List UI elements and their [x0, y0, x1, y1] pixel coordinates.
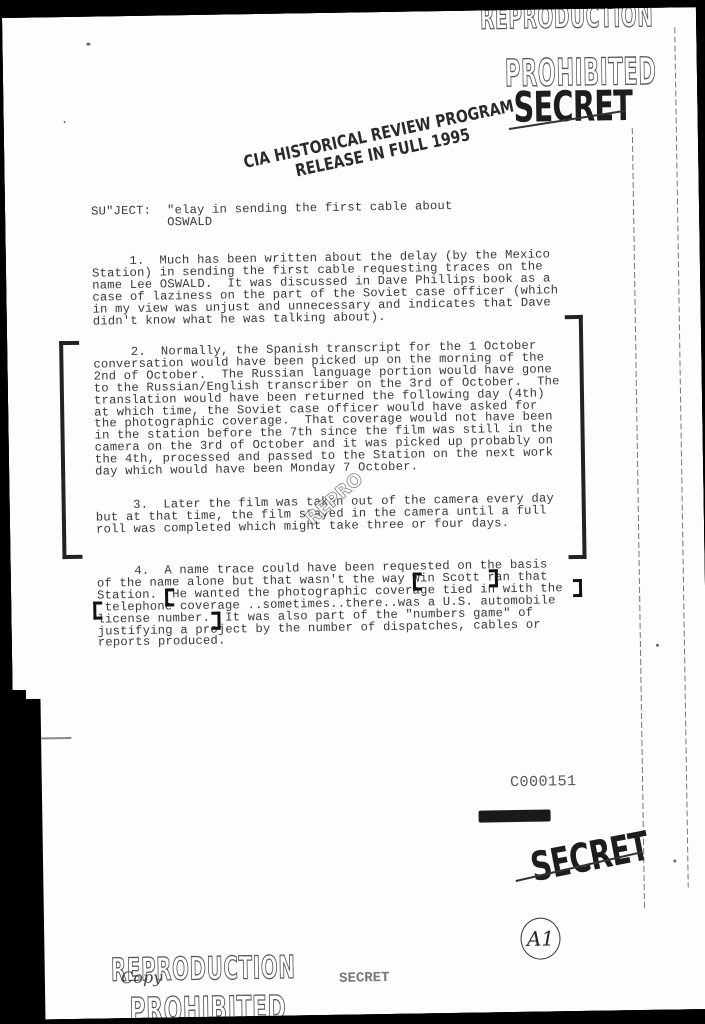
left-bracket-mark [59, 341, 82, 559]
paragraph-1: 1. Much has been written about the delay… [92, 249, 559, 328]
subject-line-2: OSWALD [167, 217, 212, 230]
scan-speck [64, 121, 66, 123]
margin-line-outer [674, 27, 689, 887]
right-bracket-mark [565, 315, 587, 559]
document-number: C000151 [510, 773, 577, 791]
left-margin-tick [37, 737, 71, 739]
scan-speck [656, 644, 659, 647]
scan-speck [673, 860, 676, 863]
redaction-bar [479, 809, 551, 822]
bracket-close-win-scott [489, 569, 498, 587]
scanned-document-viewer: REPRODUCTION PROHIBITED SECRET CIA HISTO… [0, 0, 705, 1024]
bracket-open-telephone [93, 601, 102, 619]
secret-stamp-small: SECRET [339, 970, 390, 987]
bracket-open-win-scott [413, 572, 422, 590]
secret-stamp-bottom: SECRET [527, 823, 652, 891]
bracket-close-the [573, 579, 582, 597]
subject-label: SU"JECT: [91, 206, 151, 219]
handwritten-copy-note: Copy [121, 968, 162, 988]
scan-edge-shadow [0, 690, 26, 1024]
reproduction-stamp-top: REPRODUCTION [480, 0, 654, 37]
bracket-close-license [211, 612, 220, 630]
cia-release-stamp: CIA HISTORICAL REVIEW PROGRAM RELEASE IN… [242, 97, 520, 191]
bracket-open-station [165, 588, 174, 606]
document-page: REPRODUCTION PROHIBITED SECRET CIA HISTO… [2, 7, 705, 1020]
circled-annotation: A1 [520, 917, 561, 960]
paragraph-2: 2. Normally, the Spanish transcript for … [93, 340, 561, 478]
scan-speck [86, 43, 90, 46]
prohibited-stamp-bottom: PROHIBITED [129, 988, 286, 1024]
margin-line-inner [632, 128, 645, 908]
